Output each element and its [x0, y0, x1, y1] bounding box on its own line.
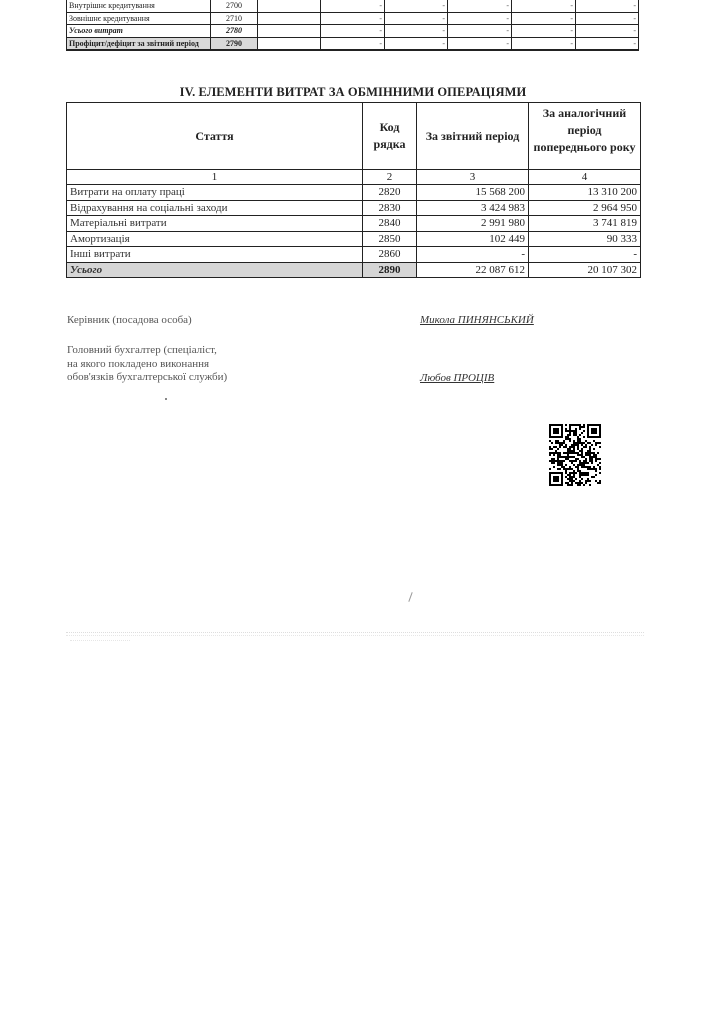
row-value: - [448, 12, 512, 25]
column-numbers-row: 1 2 3 4 [67, 170, 641, 185]
table-row: Зовнішнє кредитування2710------ [67, 12, 639, 25]
row-value: - [576, 0, 639, 12]
header-current-period: За звітний період [417, 103, 529, 170]
header-previous-period: За аналогічний період попереднього року [529, 103, 641, 170]
row-label: Матеріальні витрати [67, 216, 363, 232]
row-current: 102 449 [417, 231, 529, 247]
head-name: Микола ПИНЯНСЬКИЙ [420, 314, 534, 326]
row-value: - [512, 25, 576, 38]
row-current: 15 568 200 [417, 185, 529, 201]
row-value [258, 0, 321, 12]
row-value: - [576, 25, 639, 38]
table-row: Витрати на оплату праці282015 568 20013 … [67, 185, 641, 201]
column-number: 2 [363, 170, 417, 185]
expense-elements-table: Стаття Код рядка За звітний період За ан… [66, 102, 641, 278]
row-label: Амортизація [67, 231, 363, 247]
column-number: 1 [67, 170, 363, 185]
column-number: 4 [529, 170, 641, 185]
row-value: - [321, 0, 385, 12]
faint-footer-line [70, 640, 130, 642]
row-code: 2790 [211, 37, 258, 50]
row-value: - [321, 25, 385, 38]
table-row: Інші витрати2860-- [67, 247, 641, 263]
table-row: Внутрішнє кредитування2700------ [67, 0, 639, 12]
row-previous: 90 333 [529, 231, 641, 247]
row-value: - [512, 12, 576, 25]
accountant-name: Любов ПРОЦІВ [420, 372, 494, 384]
row-value: - [448, 37, 512, 50]
scan-speck [165, 398, 167, 400]
row-current: 2 991 980 [417, 216, 529, 232]
row-code: 2710 [211, 12, 258, 25]
header-item: Стаття [67, 103, 363, 170]
row-value: - [448, 25, 512, 38]
row-code: 2890 [363, 262, 417, 278]
column-number: 3 [417, 170, 529, 185]
row-code: 2780 [211, 25, 258, 38]
row-code: 2840 [363, 216, 417, 232]
row-code: 2850 [363, 231, 417, 247]
row-value: - [512, 37, 576, 50]
row-current: 22 087 612 [417, 262, 529, 278]
row-value: - [385, 25, 448, 38]
row-previous: 2 964 950 [529, 200, 641, 216]
qr-code-icon [549, 424, 601, 486]
row-label: Усього [67, 262, 363, 278]
row-previous: 13 310 200 [529, 185, 641, 201]
row-label: Внутрішнє кредитування [67, 0, 211, 12]
header-code: Код рядка [363, 103, 417, 170]
table-row: Усього289022 087 61220 107 302 [67, 262, 641, 278]
row-value: - [448, 0, 512, 12]
row-value: - [512, 0, 576, 12]
scan-mark [408, 592, 412, 602]
row-code: 2860 [363, 247, 417, 263]
accountant-label: Головний бухгалтер (спеціаліст, на якого… [67, 344, 227, 385]
previous-section-table: Внутрішнє кредитування2700------Зовнішнє… [66, 0, 639, 51]
row-label: Відрахування на соціальні заходи [67, 200, 363, 216]
row-value: - [385, 37, 448, 50]
table-row: Амортизація2850102 44990 333 [67, 231, 641, 247]
row-label: Профіцит/дефіцит за звітний період [67, 37, 211, 50]
row-current: 3 424 983 [417, 200, 529, 216]
row-code: 2700 [211, 0, 258, 12]
row-value: - [321, 37, 385, 50]
row-label: Зовнішнє кредитування [67, 12, 211, 25]
row-label: Витрати на оплату праці [67, 185, 363, 201]
row-label: Інші витрати [67, 247, 363, 263]
row-current: - [417, 247, 529, 263]
row-value: - [576, 12, 639, 25]
row-previous: - [529, 247, 641, 263]
row-label: Усього витрат [67, 25, 211, 38]
row-code: 2820 [363, 185, 417, 201]
table-row: Профіцит/дефіцит за звітний період2790--… [67, 37, 639, 50]
section-title: IV. ЕЛЕМЕНТИ ВИТРАТ ЗА ОБМІННИМИ ОПЕРАЦІ… [66, 85, 640, 100]
faint-footer-line [66, 632, 644, 636]
row-value [258, 37, 321, 50]
row-value [258, 25, 321, 38]
row-value: - [385, 12, 448, 25]
head-label: Керівник (посадова особа) [67, 314, 192, 328]
row-previous: 20 107 302 [529, 262, 641, 278]
row-code: 2830 [363, 200, 417, 216]
row-previous: 3 741 819 [529, 216, 641, 232]
row-value [258, 12, 321, 25]
table-row: Матеріальні витрати28402 991 9803 741 81… [67, 216, 641, 232]
row-value: - [321, 12, 385, 25]
row-value: - [576, 37, 639, 50]
table-row: Усього витрат2780------ [67, 25, 639, 38]
row-value: - [385, 0, 448, 12]
table-row: Відрахування на соціальні заходи28303 42… [67, 200, 641, 216]
